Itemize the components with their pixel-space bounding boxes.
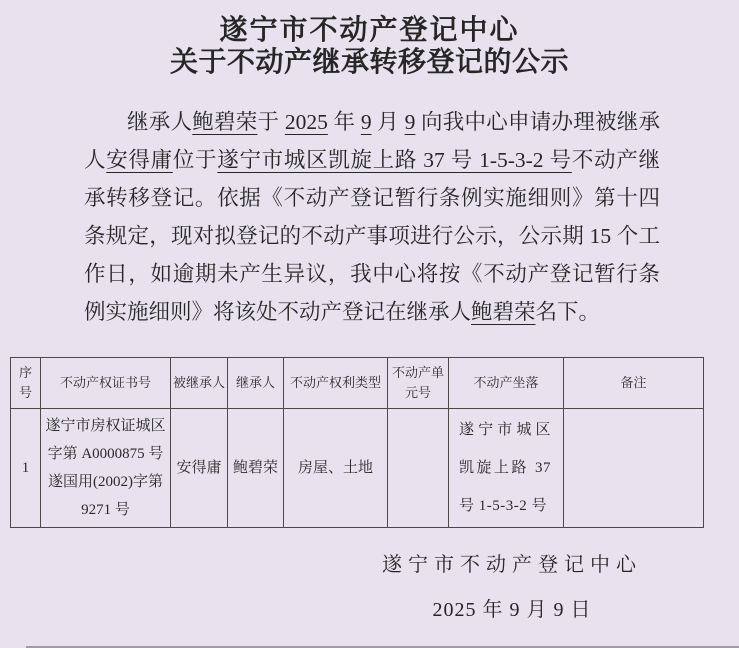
signature-date: 2025 年 9 月 9 日 <box>382 593 642 622</box>
page-title: 遂宁市不动产登记中心 关于不动产继承转移登记的公示 <box>0 14 739 78</box>
body-segment: 年 <box>328 110 361 134</box>
body-segment: 位于 <box>173 148 217 172</box>
body-segment-month: 9 <box>361 110 372 134</box>
body-segment: 于 <box>258 110 285 134</box>
col-header-certificate-no: 不动产权证书号 <box>41 358 171 409</box>
body-segment-year: 2025 <box>285 110 328 134</box>
cell-heir: 鲍碧荣 <box>228 409 284 528</box>
cell-location: 遂宁市城区凯旋上路 37 号 1-5-3-2 号 <box>449 409 564 528</box>
body-segment-decedent-name: 安得庸 <box>106 148 173 172</box>
cell-right-type: 房屋、土地 <box>284 409 388 528</box>
col-header-decedent: 被继承人 <box>171 358 228 409</box>
table-row: 1 遂宁市房权证城区字第 A0000875 号遂国用(2002)字第 9271 … <box>11 409 704 528</box>
body-segment: 月 <box>372 110 405 134</box>
property-table: 序号 不动产权证书号 被继承人 继承人 不动产权利类型 不动产单元号 不动产坐落… <box>10 357 704 528</box>
col-header-index: 序号 <box>11 358 41 409</box>
col-header-unit-no: 不动产单元号 <box>388 358 449 409</box>
signature-org: 遂宁市不动产登记中心 <box>382 550 642 580</box>
cell-unit-no <box>388 409 449 528</box>
body-segment: 继承人 <box>127 110 192 134</box>
notice-document: 遂宁市不动产登记中心 关于不动产继承转移登记的公示 继承人鲍碧荣于 2025 年… <box>0 0 739 648</box>
body-segment: 不动产继承转移登记。依据《不动产登记暂行条例实施细则》第十四条规定，现对拟登记的… <box>84 148 660 324</box>
table-header-row: 序号 不动产权证书号 被继承人 继承人 不动产权利类型 不动产单元号 不动产坐落… <box>11 358 704 409</box>
col-header-remarks: 备注 <box>564 358 704 409</box>
body-segment-heir-name-2: 鲍碧荣 <box>471 300 536 324</box>
col-header-location: 不动产坐落 <box>449 358 564 409</box>
title-line-2: 关于不动产继承转移登记的公示 <box>0 48 739 78</box>
cell-remarks <box>564 409 704 528</box>
cell-certificate-no: 遂宁市房权证城区字第 A0000875 号遂国用(2002)字第 9271 号 <box>41 409 171 528</box>
col-header-right-type: 不动产权利类型 <box>284 358 388 409</box>
cell-decedent: 安得庸 <box>171 409 228 528</box>
body-segment: 名下。 <box>536 300 601 324</box>
cell-index: 1 <box>11 409 41 528</box>
signature-block: 遂宁市不动产登记中心 2025 年 9 月 9 日 <box>382 550 642 622</box>
body-segment-day: 9 <box>405 110 416 134</box>
body-segment-heir-name: 鲍碧荣 <box>192 110 257 134</box>
col-header-heir: 继承人 <box>228 358 284 409</box>
title-line-1: 遂宁市不动产登记中心 <box>0 14 739 48</box>
notice-body: 继承人鲍碧荣于 2025 年 9 月 9 向我中心申请办理被继承人安得庸位于遂宁… <box>84 103 660 331</box>
body-segment-address: 遂宁市城区凯旋上路 37 号 1-5-3-2 号 <box>217 148 572 172</box>
